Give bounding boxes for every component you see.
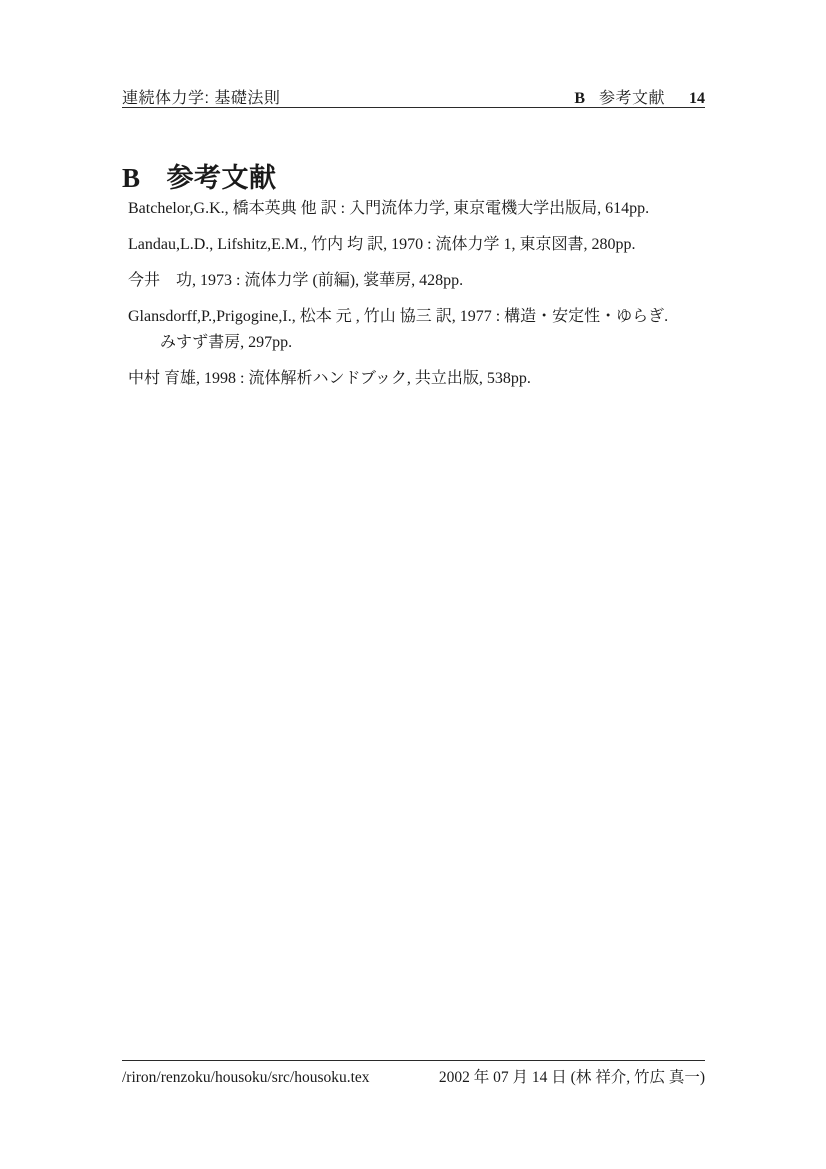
page-footer: /riron/renzoku/housoku/src/housoku.tex 2… <box>122 1065 705 1087</box>
reference-entry: Glansdorff,P.,Prigogine,I., 松本 元 , 竹山 協三… <box>128 304 724 356</box>
reference-text: Batchelor,G.K., 橋本英典 他 訳 : 入門流体力学, 東京電機大… <box>128 196 724 222</box>
header-page-number: 14 <box>689 90 705 108</box>
footer-date-authors: 2002 年 07 月 14 日 (林 祥介, 竹広 真一) <box>439 1065 705 1087</box>
section-heading-number: B <box>122 163 141 194</box>
footer-rule <box>122 1060 705 1061</box>
reference-entry: Batchelor,G.K., 橋本英典 他 訳 : 入門流体力学, 東京電機大… <box>128 196 724 222</box>
reference-text: Landau,L.D., Lifshitz,E.M., 竹内 均 訳, 1970… <box>128 232 724 258</box>
running-header: 連続体力学: 基礎法則 B 参考文献 14 <box>122 85 705 108</box>
reference-text: 今井 功, 1973 : 流体力学 (前編), 裳華房, 428pp. <box>128 268 724 294</box>
reference-text: 中村 育雄, 1998 : 流体解析ハンドブック, 共立出版, 538pp. <box>128 366 724 392</box>
header-document-title: 連続体力学: 基礎法則 <box>122 85 280 108</box>
document-page: 連続体力学: 基礎法則 B 参考文献 14 B 参考文献 Batchelor,G… <box>0 0 826 1169</box>
reference-text-continuation: みすず書房, 297pp. <box>160 330 724 356</box>
reference-entry: 今井 功, 1973 : 流体力学 (前編), 裳華房, 428pp. <box>128 268 724 294</box>
header-section-name: 参考文献 <box>599 85 665 108</box>
reference-entry: Landau,L.D., Lifshitz,E.M., 竹内 均 訳, 1970… <box>128 232 724 258</box>
reference-text: Glansdorff,P.,Prigogine,I., 松本 元 , 竹山 協三… <box>128 304 724 330</box>
section-heading: B 参考文献 <box>122 156 277 195</box>
header-rule <box>122 107 705 108</box>
header-section-letter: B <box>574 90 585 108</box>
section-heading-title: 参考文献 <box>167 156 277 195</box>
header-section-group: B 参考文献 14 <box>574 85 705 108</box>
reference-entry: 中村 育雄, 1998 : 流体解析ハンドブック, 共立出版, 538pp. <box>128 366 724 392</box>
footer-file-path: /riron/renzoku/housoku/src/housoku.tex <box>122 1069 370 1087</box>
reference-list: Batchelor,G.K., 橋本英典 他 訳 : 入門流体力学, 東京電機大… <box>128 196 724 402</box>
